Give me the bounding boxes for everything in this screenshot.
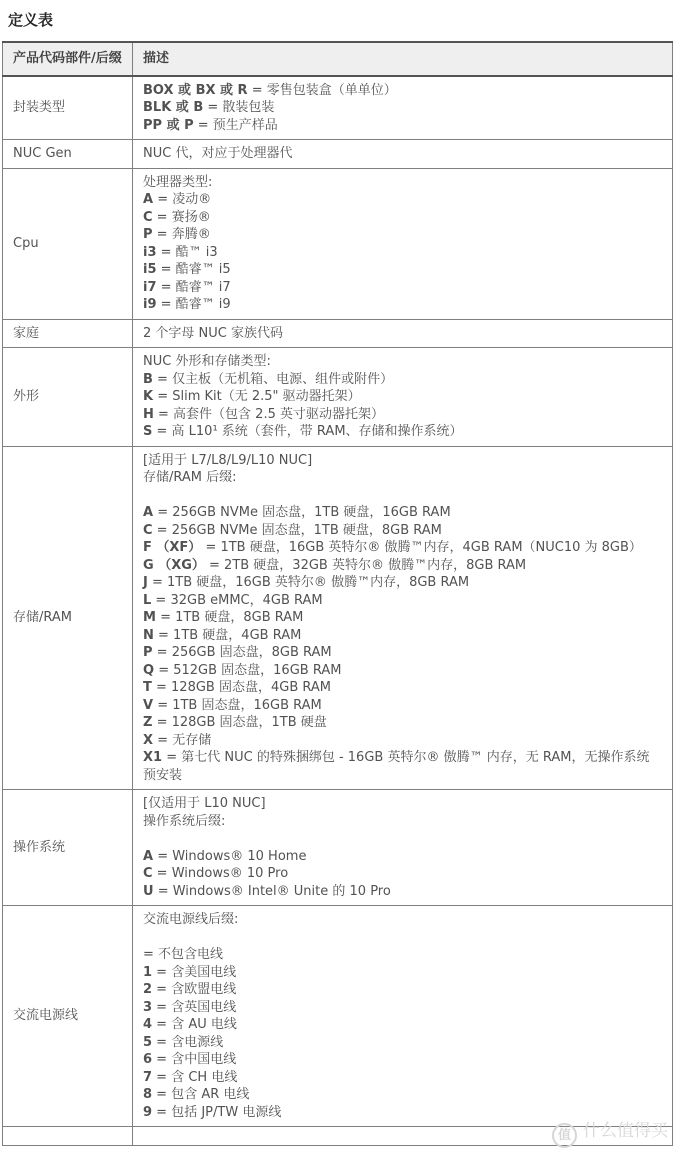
component-cell: 操作系统 [3, 790, 133, 906]
suffix-code: N [143, 628, 154, 643]
definition-line: A = 256GB NVMe 固态盘，1TB 硬盘，16GB RAM [143, 504, 662, 522]
component-cell: 交流电源线 [3, 906, 133, 1127]
suffix-code: J [143, 575, 148, 590]
suffix-code: 2 [143, 982, 152, 997]
suffix-code: S [143, 424, 152, 439]
description-cell: NUC 代，对应于处理器代 [133, 140, 673, 169]
definition-line: N = 1TB 硬盘，4GB RAM [143, 627, 662, 645]
definition-line: 存储/RAM 后缀: [143, 469, 662, 487]
blank-line [143, 929, 662, 947]
suffix-code: 6 [143, 1052, 152, 1067]
component-cell: 家庭 [3, 319, 133, 348]
definition-line: U = Windows® Intel® Unite 的 10 Pro [143, 883, 662, 901]
definition-line: T = 128GB 固态盘，4GB RAM [143, 679, 662, 697]
description-cell: NUC 外形和存储类型:B = 仅主板（无机箱、电源、组件或附件）K = Sli… [133, 348, 673, 447]
component-cell: 外形 [3, 348, 133, 447]
definition-line: 5 = 含电源线 [143, 1034, 662, 1052]
suffix-code: i7 [143, 280, 157, 295]
definition-line: P = 奔腾® [143, 226, 662, 244]
definition-line: BOX 或 BX 或 R = 零售包装盒（单单位） [143, 82, 662, 100]
page-title: 定义表 [0, 0, 680, 41]
suffix-code: A [143, 192, 153, 207]
suffix-code: 9 [143, 1105, 152, 1120]
description-cell: 处理器类型:A = 凌动®C = 赛扬®P = 奔腾®i3 = 酷™ i3i5 … [133, 168, 673, 319]
table-row: NUC GenNUC 代，对应于处理器代 [3, 140, 673, 169]
table-row: Cpu处理器类型:A = 凌动®C = 赛扬®P = 奔腾®i3 = 酷™ i3… [3, 168, 673, 319]
suffix-code: 4 [143, 1017, 152, 1032]
component-cell: 存储/RAM [3, 446, 133, 790]
definition-line: Q = 512GB 固态盘，16GB RAM [143, 662, 662, 680]
component-cell: 封装类型 [3, 76, 133, 140]
suffix-code: BLK 或 B [143, 100, 203, 115]
suffix-code: K [143, 389, 153, 404]
definitions-table: 产品代码部件/后缀 描述 封装类型BOX 或 BX 或 R = 零售包装盒（单单… [2, 41, 673, 1146]
component-cell: NUC Gen [3, 140, 133, 169]
suffix-code: 7 [143, 1070, 152, 1085]
suffix-code: Q [143, 663, 154, 678]
definition-line: Z = 128GB 固态盘，1TB 硬盘 [143, 714, 662, 732]
suffix-code: B [143, 372, 153, 387]
definition-line: 8 = 包含 AR 电线 [143, 1086, 662, 1104]
table-row: 交流电源线交流电源线后缀: = 不包含电线1 = 含美国电线2 = 含欧盟电线3… [3, 906, 673, 1127]
definition-line: J = 1TB 硬盘，16GB 英特尔® 傲腾™内存，8GB RAM [143, 574, 662, 592]
definition-line: i3 = 酷™ i3 [143, 244, 662, 262]
suffix-code: A [143, 849, 153, 864]
definition-line: 2 = 含欧盟电线 [143, 981, 662, 999]
blank-line [143, 487, 662, 505]
suffix-code: X1 [143, 750, 162, 765]
suffix-code: 3 [143, 1000, 152, 1015]
table-row: 操作系统[仅适用于 L10 NUC]操作系统后缀: A = Windows® 1… [3, 790, 673, 906]
definition-line: 6 = 含中国电线 [143, 1051, 662, 1069]
suffix-code: Z [143, 715, 152, 730]
definition-line: 1 = 含美国电线 [143, 964, 662, 982]
suffix-code: H [143, 407, 154, 422]
table-row: 家庭2 个字母 NUC 家族代码 [3, 319, 673, 348]
definition-line: [适用于 L7/L8/L9/L10 NUC] [143, 452, 662, 470]
definition-line: [仅适用于 L10 NUC] [143, 795, 662, 813]
definition-line: BLK 或 B = 散装包装 [143, 99, 662, 117]
suffix-code: C [143, 210, 153, 225]
definition-line: 处理器类型: [143, 174, 662, 192]
definition-line: i5 = 酷睿™ i5 [143, 261, 662, 279]
definition-line: V = 1TB 固态盘，16GB RAM [143, 697, 662, 715]
definition-line: NUC 代，对应于处理器代 [143, 145, 662, 163]
suffix-code: A [143, 505, 153, 520]
suffix-code: 8 [143, 1087, 152, 1102]
description-cell: [适用于 L7/L8/L9/L10 NUC]存储/RAM 后缀: A = 256… [133, 446, 673, 790]
suffix-code: T [143, 680, 152, 695]
suffix-code: X [143, 733, 153, 748]
column-header-component: 产品代码部件/后缀 [3, 42, 133, 76]
definition-line: X = 无存储 [143, 732, 662, 750]
table-header-row: 产品代码部件/后缀 描述 [3, 42, 673, 76]
suffix-code: i5 [143, 262, 157, 277]
description-cell: BOX 或 BX 或 R = 零售包装盒（单单位）BLK 或 B = 散装包装P… [133, 76, 673, 140]
definition-line: G （XG） = 2TB 硬盘，32GB 英特尔® 傲腾™内存，8GB RAM [143, 557, 662, 575]
definition-line: 3 = 含英国电线 [143, 999, 662, 1017]
definition-line: C = 赛扬® [143, 209, 662, 227]
watermark: 值什么值得买 [552, 1116, 668, 1148]
definition-line: K = Slim Kit（无 2.5" 驱动器托架） [143, 388, 662, 406]
description-cell: [仅适用于 L10 NUC]操作系统后缀: A = Windows® 10 Ho… [133, 790, 673, 906]
definition-line: L = 32GB eMMC，4GB RAM [143, 592, 662, 610]
suffix-code: P [143, 227, 153, 242]
suffix-code: M [143, 610, 156, 625]
suffix-code: 5 [143, 1035, 152, 1050]
definition-line: 7 = 含 CH 电线 [143, 1069, 662, 1087]
suffix-code: V [143, 698, 153, 713]
definition-line: M = 1TB 硬盘，8GB RAM [143, 609, 662, 627]
definition-line: C = Windows® 10 Pro [143, 865, 662, 883]
suffix-code: U [143, 884, 154, 899]
definition-line: C = 256GB NVMe 固态盘，1TB 硬盘，8GB RAM [143, 522, 662, 540]
suffix-code: C [143, 866, 153, 881]
definition-line: 交流电源线后缀: [143, 911, 662, 929]
definition-line: S = 高 L10¹ 系统（套件，带 RAM、存储和操作系统） [143, 423, 662, 441]
definition-line: A = Windows® 10 Home [143, 848, 662, 866]
table-row: 外形NUC 外形和存储类型:B = 仅主板（无机箱、电源、组件或附件）K = S… [3, 348, 673, 447]
table-row: 封装类型BOX 或 BX 或 R = 零售包装盒（单单位）BLK 或 B = 散… [3, 76, 673, 140]
suffix-code: 1 [143, 965, 152, 980]
description-cell: 2 个字母 NUC 家族代码 [133, 319, 673, 348]
definition-line: A = 凌动® [143, 191, 662, 209]
definition-line: B = 仅主板（无机箱、电源、组件或附件） [143, 371, 662, 389]
definition-line: X1 = 第七代 NUC 的特殊捆绑包 - 16GB 英特尔® 傲腾™ 内存，无… [143, 749, 662, 784]
definition-line: = 不包含电线 [143, 946, 662, 964]
blank-line [143, 830, 662, 848]
definition-line: P = 256GB 固态盘，8GB RAM [143, 644, 662, 662]
suffix-code: i3 [143, 245, 157, 260]
table-row: 存储/RAM[适用于 L7/L8/L9/L10 NUC]存储/RAM 后缀: A… [3, 446, 673, 790]
smzdm-logo-icon: 值 [552, 1123, 577, 1148]
definition-line: F （XF） = 1TB 硬盘，16GB 英特尔® 傲腾™内存，4GB RAM（… [143, 539, 662, 557]
definition-line: NUC 外形和存储类型: [143, 353, 662, 371]
definition-line: H = 高套件（包含 2.5 英寸驱动器托架） [143, 406, 662, 424]
suffix-code: F （XF） [143, 540, 201, 555]
component-cell [3, 1127, 133, 1146]
suffix-code: C [143, 523, 153, 538]
suffix-code: P [143, 645, 153, 660]
column-header-description: 描述 [133, 42, 673, 76]
description-cell: 交流电源线后缀: = 不包含电线1 = 含美国电线2 = 含欧盟电线3 = 含英… [133, 906, 673, 1127]
watermark-text: 什么值得买 [583, 1121, 668, 1141]
component-cell: Cpu [3, 168, 133, 319]
definition-line: i7 = 酷睿™ i7 [143, 279, 662, 297]
suffix-code: PP 或 P [143, 118, 194, 133]
suffix-code: G （XG） [143, 558, 205, 573]
definition-line: 4 = 含 AU 电线 [143, 1016, 662, 1034]
definition-line: i9 = 酷睿™ i9 [143, 296, 662, 314]
suffix-code: i9 [143, 297, 157, 312]
suffix-code: L [143, 593, 151, 608]
definition-line: 操作系统后缀: [143, 813, 662, 831]
definition-line: PP 或 P = 预生产样品 [143, 117, 662, 135]
article-page: 定义表 产品代码部件/后缀 描述 封装类型BOX 或 BX 或 R = 零售包装… [0, 0, 680, 1157]
definition-line: 2 个字母 NUC 家族代码 [143, 325, 662, 343]
table-body: 封装类型BOX 或 BX 或 R = 零售包装盒（单单位）BLK 或 B = 散… [3, 76, 673, 1146]
suffix-code: BOX 或 BX 或 R [143, 83, 248, 98]
